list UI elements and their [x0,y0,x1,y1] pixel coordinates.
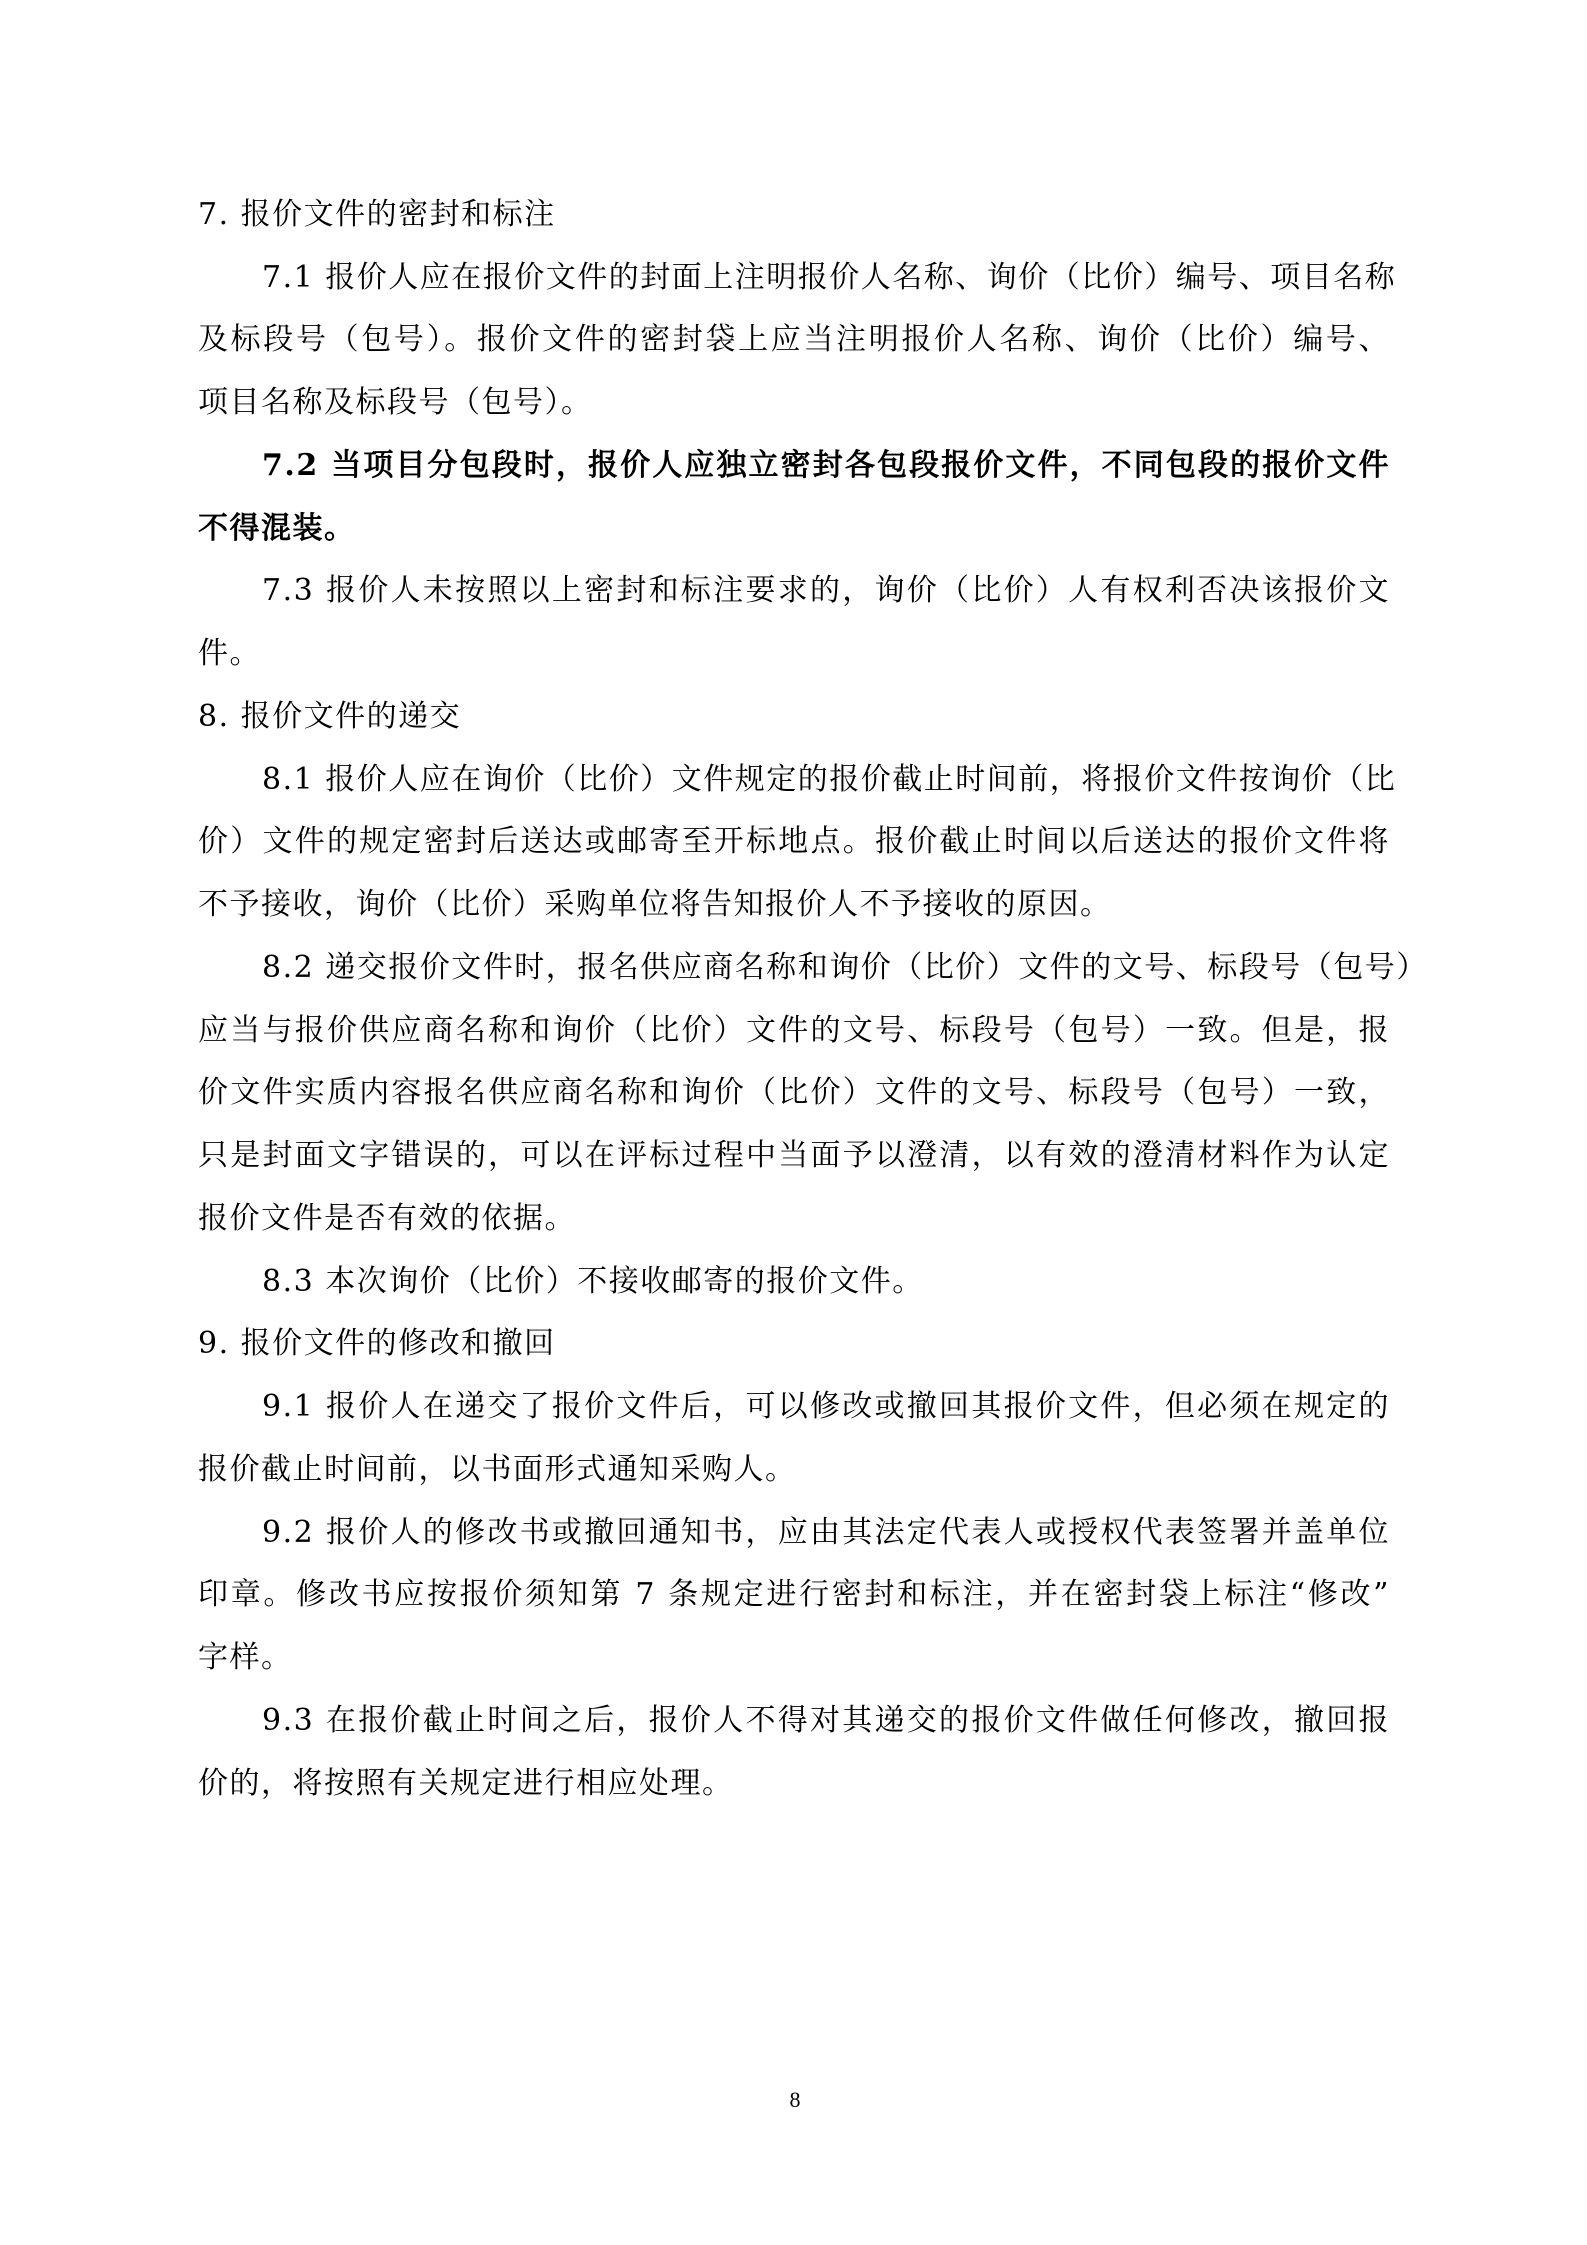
paragraph-7-1-line-3: 项目名称及标段号（包号）。 [198,371,593,434]
paragraph-9-3-line-2: 价的，将按照有关规定进行相应处理。 [198,1752,734,1815]
section-heading-9: 9. 报价文件的修改和撤回 [198,1312,556,1375]
paragraph-9-1-line-2: 报价截止时间前，以书面形式通知采购人。 [198,1438,797,1501]
paragraph-8-2-line-2: 应当与报价供应商名称和询价（比价）文件的文号、标段号（包号）一致。但是，报 [198,999,1390,1062]
paragraph-9-1-line-1: 9.1 报价人在递交了报价文件后，可以修改或撤回其报价文件，但必须在规定的 [262,1375,1390,1438]
section-heading-8: 8. 报价文件的递交 [198,685,461,748]
paragraph-7-2-line-1: 7.2 当项目分包段时，报价人应独立密封各包段报价文件，不同包段的报价文件 [262,434,1390,497]
paragraph-7-2-line-2: 不得混装。 [198,497,356,560]
paragraph-8-1-line-3: 不予接收，询价（比价）采购单位将告知报价人不予接收的原因。 [198,873,1112,936]
paragraph-8-2-line-3: 价文件实质内容报名供应商名称和询价（比价）文件的文号、标段号（包号）一致， [198,1061,1390,1124]
paragraph-8-3-line-1: 8.3 本次询价（比价）不接收邮寄的报价文件。 [262,1250,924,1313]
paragraph-8-2-line-5: 报价文件是否有效的依据。 [198,1187,576,1250]
paragraph-7-3-line-2: 件。 [198,622,261,685]
paragraph-9-2-line-1: 9.2 报价人的修改书或撤回通知书，应由其法定代表人或授权代表签署并盖单位 [262,1501,1390,1564]
paragraph-9-2-line-3: 字样。 [198,1626,293,1689]
section-heading-7: 7. 报价文件的密封和标注 [198,183,556,246]
paragraph-8-2-line-4: 只是封面文字错误的，可以在评标过程中当面予以澄清，以有效的澄清材料作为认定 [198,1124,1390,1187]
paragraph-9-3-line-1: 9.3 在报价截止时间之后，报价人不得对其递交的报价文件做任何修改，撤回报 [262,1689,1390,1752]
paragraph-7-3-line-1: 7.3 报价人未按照以上密封和标注要求的，询价（比价）人有权利否决该报价文 [262,559,1390,622]
document-page: 7. 报价文件的密封和标注 7.1 报价人应在报价文件的封面上注明报价人名称、询… [0,0,1587,2245]
paragraph-7-1-line-1: 7.1 报价人应在报价文件的封面上注明报价人名称、询价（比价）编号、项目名称 [262,246,1390,309]
paragraph-8-1-line-2: 价）文件的规定密封后送达或邮寄至开标地点。报价截止时间以后送达的报价文件将 [198,810,1390,873]
paragraph-8-1-line-1: 8.1 报价人应在询价（比价）文件规定的报价截止时间前，将报价文件按询价（比 [262,748,1390,811]
paragraph-8-2-line-1: 8.2 递交报价文件时，报名供应商名称和询价（比价）文件的文号、标段号（包号） [262,936,1390,999]
page-number: 8 [785,2085,805,2115]
paragraph-7-1-line-2: 及标段号（包号）。报价文件的密封袋上应当注明报价人名称、询价（比价）编号、 [198,308,1390,371]
paragraph-9-2-line-2: 印章。修改书应按报价须知第 7 条规定进行密封和标注，并在密封袋上标注“修改” [198,1563,1390,1626]
